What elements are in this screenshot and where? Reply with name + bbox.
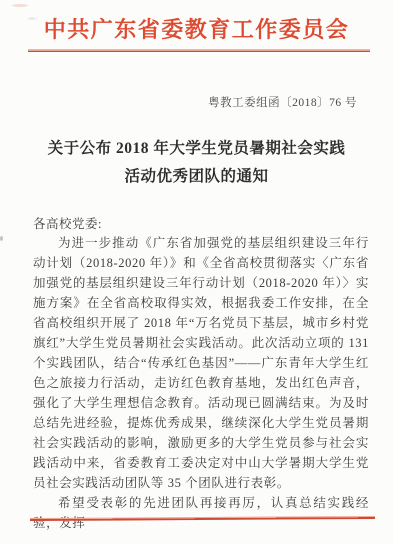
document-body: 为进一步推动《广东省加强党的基层组织建设三年行动计划（2018-2020 年）》… xyxy=(33,233,369,533)
scanned-official-document: 中共广东省委教育工作委员会 粤教工委组函〔2018〕76 号 关于公布 2018… xyxy=(0,0,393,544)
scan-artifact xyxy=(12,4,28,7)
scan-artifact xyxy=(0,236,3,241)
body-paragraph-2: 希望受表彰的先进团队再接再厉，认真总结实践经验，发挥 xyxy=(33,493,369,533)
salutation: 各高校党委: xyxy=(33,214,102,232)
letterhead-divider-line xyxy=(28,49,370,52)
document-title-line1: 关于公布 2018 年大学生党员暑期社会实践 xyxy=(0,135,393,163)
document-title-line2: 活动优秀团队的通知 xyxy=(0,163,393,191)
body-paragraph-1: 为进一步推动《广东省加强党的基层组织建设三年行动计划（2018-2020 年）》… xyxy=(33,233,369,493)
document-reference-number: 粤教工委组函〔2018〕76 号 xyxy=(208,94,357,110)
letterhead-issuer: 中共广东省委教育工作委员会 xyxy=(0,13,393,44)
document-title: 关于公布 2018 年大学生党员暑期社会实践 活动优秀团队的通知 xyxy=(0,135,393,191)
